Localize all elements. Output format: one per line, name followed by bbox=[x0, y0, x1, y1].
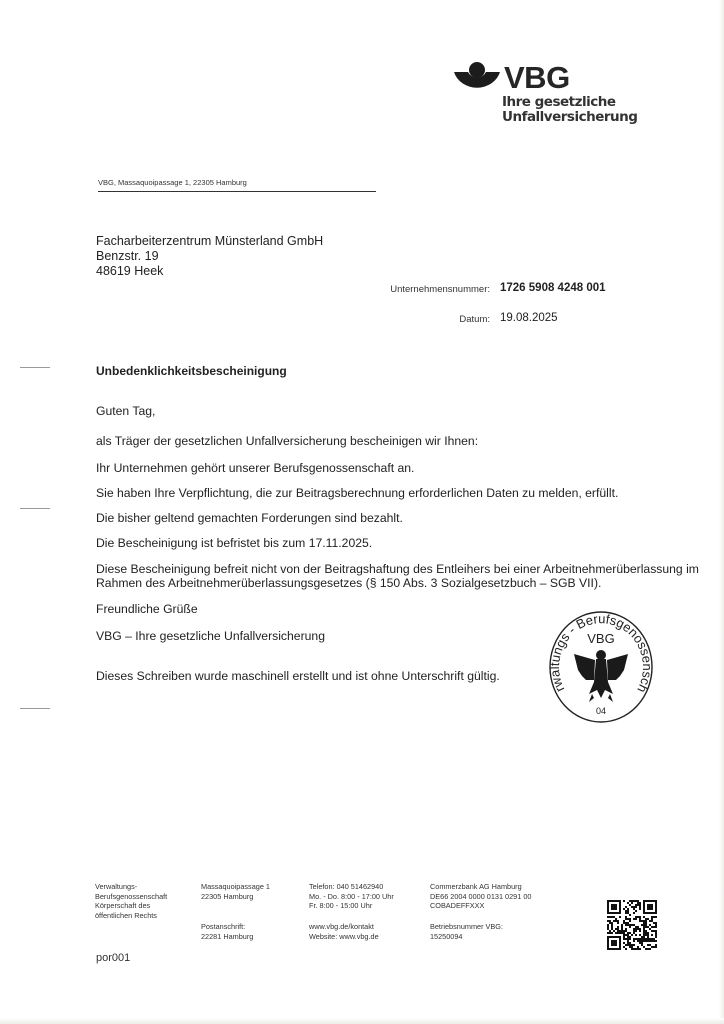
company-number-label: Unternehmensnummer: bbox=[390, 284, 490, 295]
date-value: 19.08.2025 bbox=[500, 312, 558, 324]
footer-phone: Telefon: 040 51462940 bbox=[309, 882, 394, 892]
body-paragraph: Rahmen des Arbeitnehmerüberlassungsgeset… bbox=[96, 576, 601, 590]
svg-text:04: 04 bbox=[596, 706, 606, 716]
body-paragraph: Sie haben Ihre Verpflichtung, die zur Be… bbox=[96, 486, 618, 500]
body-paragraph: als Träger der gesetzlichen Unfallversic… bbox=[96, 434, 478, 448]
footer-iban: DE66 2004 0000 0131 0291 00 bbox=[430, 892, 531, 902]
recipient-address: Facharbeiterzentrum Münsterland GmbH Ben… bbox=[96, 234, 323, 279]
fold-mark bbox=[20, 367, 50, 368]
footer-web: www.vbg.de/kontakt Website: www.vbg.de bbox=[309, 922, 379, 941]
validity-paragraph: Die Bescheinigung ist befristet bis zum … bbox=[96, 536, 372, 550]
logo-tagline-line: Ihre gesetzliche bbox=[502, 95, 637, 110]
footer-line: 22281 Hamburg bbox=[201, 932, 253, 942]
body-paragraph: Diese Bescheinigung befreit nicht von de… bbox=[96, 562, 699, 576]
letter-subject: Unbedenklichkeitsbescheinigung bbox=[96, 364, 287, 378]
machine-generated-note: Dieses Schreiben wurde maschinell erstel… bbox=[96, 669, 500, 683]
document-id: por001 bbox=[96, 952, 130, 964]
footer-bic: COBADEFFXXX bbox=[430, 901, 531, 911]
footer-line: Fr. 8:00 - 15:00 Uhr bbox=[309, 901, 394, 911]
footer-line: Berufsgenossenschaft bbox=[95, 892, 167, 902]
signature: VBG – Ihre gesetzliche Unfallversicherun… bbox=[96, 629, 325, 643]
svg-text:VBG: VBG bbox=[587, 631, 614, 646]
qr-code-icon bbox=[607, 900, 657, 950]
footer-line: Verwaltungs- bbox=[95, 882, 167, 892]
footer-line: Commerzbank AG Hamburg bbox=[430, 882, 531, 892]
footer-bank: Commerzbank AG Hamburg DE66 2004 0000 01… bbox=[430, 882, 531, 911]
footer-organization: Verwaltungs- Berufsgenossenschaft Körper… bbox=[95, 882, 167, 921]
company-number: 1726 5908 4248 001 bbox=[500, 282, 606, 294]
date-label: Datum: bbox=[459, 314, 490, 325]
footer-contact-link[interactable]: www.vbg.de/kontakt bbox=[309, 922, 379, 932]
page-edge bbox=[719, 0, 724, 1024]
official-seal: Verwaltungs - Berufsgenossenschaft VBG 0… bbox=[548, 610, 654, 725]
sender-address-line: VBG, Massaquoipassage 1, 22305 Hamburg bbox=[98, 178, 376, 192]
footer-line: öffentlichen Rechts bbox=[95, 911, 167, 921]
footer-line: Körperschaft des bbox=[95, 901, 167, 911]
body-paragraph: Die bisher geltend gemachten Forderungen… bbox=[96, 511, 403, 525]
footer-postal-address: Postanschrift: 22281 Hamburg bbox=[201, 922, 253, 941]
footer-website-link[interactable]: Website: www.vbg.de bbox=[309, 932, 379, 942]
footer-line: Postanschrift: bbox=[201, 922, 253, 932]
footer-line: 22305 Hamburg bbox=[201, 892, 270, 902]
logo-tagline: Ihre gesetzliche Unfallversicherung bbox=[502, 95, 637, 125]
vbg-logo: VBG Ihre gesetzliche Unfallversicherung bbox=[452, 60, 622, 130]
vbg-logo-icon bbox=[452, 60, 502, 100]
greeting: Guten Tag, bbox=[96, 404, 155, 418]
body-paragraph: Ihr Unternehmen gehört unserer Berufsgen… bbox=[96, 461, 414, 475]
footer-line: Massaquoipassage 1 bbox=[201, 882, 270, 892]
logo-tagline-line: Unfallversicherung bbox=[502, 110, 637, 125]
fold-mark bbox=[20, 508, 50, 509]
footer-phone-hours: Telefon: 040 51462940 Mo. - Do. 8:00 - 1… bbox=[309, 882, 394, 911]
closing: Freundliche Grüße bbox=[96, 602, 198, 616]
footer-company-id: Betriebsnummer VBG: 15250094 bbox=[430, 922, 503, 941]
recipient-name: Facharbeiterzentrum Münsterland GmbH bbox=[96, 234, 323, 249]
recipient-street: Benzstr. 19 bbox=[96, 249, 323, 264]
page-edge bbox=[0, 1018, 724, 1024]
footer-line: Mo. - Do. 8:00 - 17:00 Uhr bbox=[309, 892, 394, 902]
recipient-city: 48619 Heek bbox=[96, 264, 323, 279]
logo-wordmark: VBG bbox=[504, 61, 570, 95]
footer-line: 15250094 bbox=[430, 932, 503, 942]
fold-mark bbox=[20, 708, 50, 709]
federal-eagle-seal-icon: Verwaltungs - Berufsgenossenschaft VBG 0… bbox=[548, 610, 654, 725]
footer-address: Massaquoipassage 1 22305 Hamburg bbox=[201, 882, 270, 901]
footer-line: Betriebsnummer VBG: bbox=[430, 922, 503, 932]
